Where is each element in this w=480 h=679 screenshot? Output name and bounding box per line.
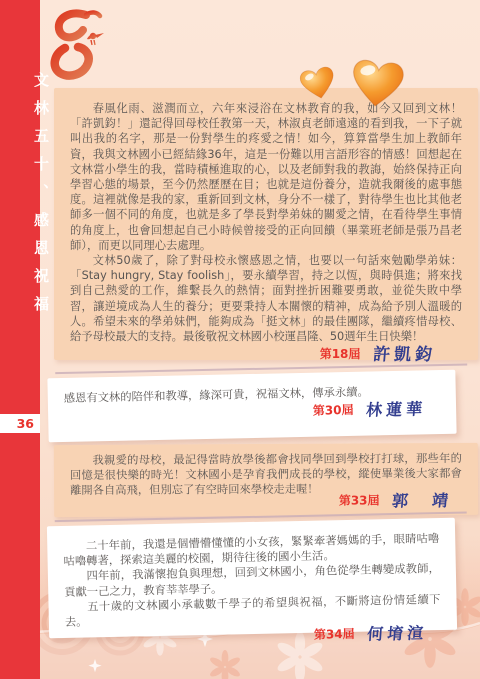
page-number-tab: 36 — [0, 414, 40, 433]
signature-name: 許凱鈞 — [372, 348, 436, 363]
page-number: 36 — [0, 414, 40, 433]
bird-icon — [87, 33, 104, 45]
message-box-1: 春風化雨、滋潤而立，六年來浸浴在文林教育的我，如今又回到文林！「許凱鈞！」還記得… — [54, 88, 478, 360]
signature-class: 第34屆 — [314, 627, 355, 642]
signature: 第30屆 林蓮華 — [64, 401, 440, 426]
heart-large-icon — [350, 59, 404, 108]
signature: 第18屆 許凱鈞 — [70, 347, 462, 364]
signature: 第33屆 郭 靖 — [339, 493, 452, 511]
message-paragraph: 文林50歲了，除了對母校永懷感恩之情，也要以一句話來勉勵學弟妹：「Stay hu… — [70, 253, 462, 344]
sidebar: 文林五十、感恩祝福 36 — [0, 0, 40, 679]
signature-name: 郭 靖 — [391, 493, 452, 509]
message-paragraph: 春風化雨、滋潤而立，六年來浸浴在文林教育的我，如今又回到文林！「許凱鈞！」還記得… — [70, 101, 462, 253]
signature-class: 第33屆 — [339, 493, 380, 507]
signature-class: 第18屆 — [320, 347, 361, 361]
sidebar-chapter-title: 文林五十、感恩祝福 — [12, 72, 52, 324]
heart-small-icon — [299, 66, 338, 102]
message-box-3: 我親愛的母校，最記得當時放學後都會找同學回到學校打打球，那些年的回憶是很快樂的時… — [54, 443, 478, 517]
signature-name: 何堉渲 — [367, 626, 428, 642]
hearts-decoration — [296, 56, 436, 116]
message-box-4: 二十年前，我還是個懵懵懂懂的小女孩，緊緊牽著媽媽的手，眼睛咕嚕咕嚕轉著，探索這美… — [47, 518, 457, 639]
message-box-2: 感恩有文林的陪伴和教導，緣深可貴，祝福文林，傳承永續。 第30屆 林蓮華 — [47, 370, 456, 443]
signature-name: 林蓮華 — [366, 402, 427, 418]
booklet-page: 文林五十、感恩祝福 36 — [0, 0, 480, 679]
signature-class: 第30屆 — [313, 403, 354, 418]
